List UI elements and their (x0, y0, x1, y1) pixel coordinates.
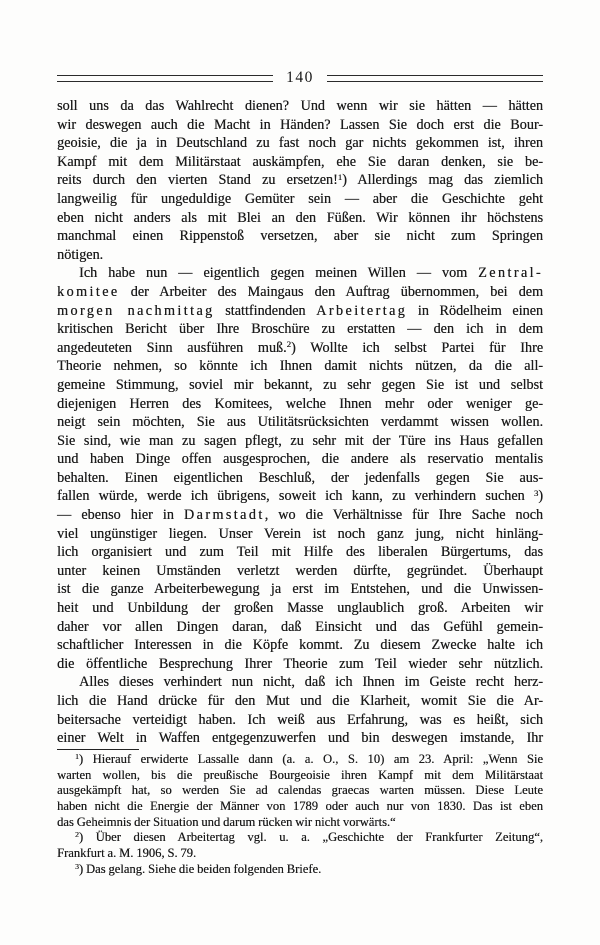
text-line: lich die Hand drücke für den Mut und die… (57, 692, 543, 711)
text-line: 1) Hierauf erwiderte Lassalle dann (a. a… (57, 752, 543, 768)
letterspaced-emphasis: komitee (57, 284, 120, 300)
text-line: die öffentliche Besprechung Ihrer Theori… (57, 655, 543, 674)
page-number: 140 (273, 70, 327, 86)
text-segment: Sie sind, wie man zu sagen pflegt, zu se… (57, 433, 543, 449)
scanned-book-page: 140 soll uns da das Wahlrecht dienen? Un… (0, 0, 600, 945)
text-segment: — ebenso hier in (57, 507, 184, 523)
text-segment: ) Allerdings mag das ziemlich (342, 172, 543, 188)
text-segment: kritischen Bericht über Ihre Broschüre z… (57, 321, 543, 337)
text-segment: Kampf mit dem Militärstaat auskämpfen, e… (57, 154, 543, 170)
letterspaced-emphasis: Darmstadt (184, 507, 265, 523)
text-segment: Theorie nehmen, so könnte ich Ihnen dami… (57, 358, 543, 374)
text-segment: neigt sein möchten, Sie aus Utilitätsrüc… (57, 414, 543, 430)
text-segment: Frankfurt a. M. 1906, S. 79. (57, 846, 196, 860)
text-line: heit und Unbildung der großen Masse ungl… (57, 599, 543, 618)
text-line: langweilig für ungeduldige Gemüter sein … (57, 190, 543, 209)
text-line: Alles dieses verhindert nun nicht, daß i… (57, 673, 543, 692)
text-line: 3) Das gelang. Siehe die beiden folgende… (57, 862, 543, 878)
footnote-marker: 3 (534, 488, 538, 498)
text-segment: langweilig für ungeduldige Gemüter sein … (57, 191, 543, 207)
text-line: komitee der Arbeiter des Maingaus den Au… (57, 283, 543, 302)
text-line: haben nicht die Energie der Männer von 1… (57, 799, 543, 815)
text-segment: , wo die Verhältnisse für Ihre Sache noc… (265, 507, 543, 523)
text-line: fallen würde, werde ich übrigens, soweit… (57, 487, 543, 506)
text-segment: der Arbeiter des Maingaus den Auftrag üb… (120, 284, 543, 300)
footnotes: 1) Hierauf erwiderte Lassalle dann (a. a… (57, 752, 543, 878)
text-line: kritischen Bericht über Ihre Broschüre z… (57, 320, 543, 339)
text-segment: einer Welt in Waffen entgegenzuwerfen un… (57, 730, 543, 746)
text-segment: geoisie, die ja in Deutschland zu fast n… (57, 135, 543, 151)
letterspaced-emphasis: Arbeitertag (316, 303, 407, 319)
text-segment: nötigen. (57, 247, 103, 263)
footnote-marker: 2 (287, 339, 291, 349)
footnote-marker: 2 (75, 830, 79, 839)
text-line: und haben Dinge offen ausgesprochen, die… (57, 450, 543, 469)
text-segment: stattfindenden (215, 303, 317, 319)
text-line: — ebenso hier in Darmstadt, wo die Verhä… (57, 506, 543, 525)
text-segment: behalten. Einen eigentlichen Beschluß, d… (57, 470, 543, 486)
text-segment: ist die ganze Arbeiterbewegung ja erst i… (57, 581, 543, 597)
footnote-marker: 3 (75, 862, 79, 871)
letterspaced-emphasis: morgen nachmittag (57, 303, 215, 319)
text-line: geoisie, die ja in Deutschland zu fast n… (57, 134, 543, 153)
text-line: warten wollen, bis die preußische Bourge… (57, 768, 543, 784)
text-line: einer Welt in Waffen entgegenzuwerfen un… (57, 729, 543, 748)
text-line: Kampf mit dem Militärstaat auskämpfen, e… (57, 153, 543, 172)
text-segment: ) (538, 488, 543, 504)
header-rule-right (327, 75, 543, 82)
text-line: beitersache verteidigt haben. Ich weiß a… (57, 711, 543, 730)
text-segment: Ich habe nun — eigentlich gegen meinen W… (79, 265, 478, 281)
text-segment: soll uns da das Wahlrecht dienen? Und we… (57, 98, 543, 114)
text-segment: viel ungünstiger liegen. Unser Verein is… (57, 526, 543, 542)
text-segment: ausgekämpft hat, so werden Sie ad calend… (57, 783, 543, 797)
text-line: ausgekämpft hat, so werden Sie ad calend… (57, 783, 543, 799)
text-segment: warten wollen, bis die preußische Bourge… (57, 768, 543, 782)
text-segment: unter keinen Umständen verletzt werden d… (57, 563, 543, 579)
text-segment: in Rödelheim einen (407, 303, 543, 319)
text-line: schaftlicher Interessen in die Köpfe kom… (57, 636, 543, 655)
text-line: ist die ganze Arbeiterbewegung ja erst i… (57, 580, 543, 599)
text-line: daher vor allen Dingen daran, daß Einsic… (57, 618, 543, 637)
text-segment: reits durch den vierten Stand zu ersetze… (57, 172, 338, 188)
letterspaced-emphasis: Zentral- (478, 265, 543, 281)
text-segment: manchmal einen Rippenstoß versetzen, abe… (57, 228, 543, 244)
text-line: angedeuteten Sinn ausführen muß.2) Wollt… (57, 339, 543, 358)
text-segment: das Geheimnis der Situation und darum rü… (57, 815, 396, 829)
text-segment: ) Hierauf erwiderte Lassalle dann (a. a.… (79, 752, 543, 766)
text-line: wir deswegen auch die Macht in Händen? L… (57, 116, 543, 135)
text-segment: ) Über diesen Arbeitertag vgl. u. a. „Ge… (79, 830, 543, 844)
text-line: Sie sind, wie man zu sagen pflegt, zu se… (57, 432, 543, 451)
text-segment: diejenigen Herren des Komitees, welche I… (57, 396, 543, 412)
footnote-marker: 1 (338, 172, 342, 182)
text-line: morgen nachmittag stattfindenden Arbeite… (57, 302, 543, 321)
text-segment: fallen würde, werde ich übrigens, soweit… (57, 488, 534, 504)
text-line: neigt sein möchten, Sie aus Utilitätsrüc… (57, 413, 543, 432)
text-segment: daher vor allen Dingen daran, daß Einsic… (57, 619, 543, 635)
text-line: diejenigen Herren des Komitees, welche I… (57, 395, 543, 414)
text-line: soll uns da das Wahlrecht dienen? Und we… (57, 97, 543, 116)
text-line: Frankfurt a. M. 1906, S. 79. (57, 846, 543, 862)
footnote-separator (57, 749, 139, 750)
text-segment: und haben Dinge offen ausgesprochen, die… (57, 451, 543, 467)
page-header: 140 (57, 71, 543, 87)
text-line: nötigen. (57, 246, 543, 265)
text-segment: haben nicht die Energie der Männer von 1… (57, 799, 543, 813)
footnote-marker: 1 (75, 752, 79, 761)
text-segment: lich die Hand drücke für den Mut und die… (57, 693, 543, 709)
text-segment: lich organisiert und zum Teil mit Hilfe … (57, 544, 543, 560)
header-rule-left (57, 75, 273, 82)
text-line: reits durch den vierten Stand zu ersetze… (57, 171, 543, 190)
text-line: manchmal einen Rippenstoß versetzen, abe… (57, 227, 543, 246)
text-segment: Alles dieses verhindert nun nicht, daß i… (79, 674, 543, 690)
text-segment: heit und Unbildung der großen Masse ungl… (57, 600, 543, 616)
text-segment: angedeuteten Sinn ausführen muß. (57, 340, 287, 356)
text-line: das Geheimnis der Situation und darum rü… (57, 815, 543, 831)
text-line: lich organisiert und zum Teil mit Hilfe … (57, 543, 543, 562)
text-line: gemeine Stimmung, soviel mir bekannt, zu… (57, 376, 543, 395)
text-segment: wir deswegen auch die Macht in Händen? L… (57, 117, 543, 133)
text-segment: gemeine Stimmung, soviel mir bekannt, zu… (57, 377, 543, 393)
text-segment: ) Das gelang. Siehe die beiden folgenden… (79, 862, 321, 876)
text-line: Theorie nehmen, so könnte ich Ihnen dami… (57, 357, 543, 376)
text-line: unter keinen Umständen verletzt werden d… (57, 562, 543, 581)
text-segment: die öffentliche Besprechung Ihrer Theori… (57, 656, 543, 672)
text-segment: beitersache verteidigt haben. Ich weiß a… (57, 712, 543, 728)
text-segment: ) Wollte ich selbst Partei für Ihre (291, 340, 543, 356)
text-line: eben nicht anders als mit Blei an den Fü… (57, 209, 543, 228)
body-text: soll uns da das Wahlrecht dienen? Und we… (57, 97, 543, 748)
text-line: viel ungünstiger liegen. Unser Verein is… (57, 525, 543, 544)
text-line: Ich habe nun — eigentlich gegen meinen W… (57, 264, 543, 283)
text-line: 2) Über diesen Arbeitertag vgl. u. a. „G… (57, 830, 543, 846)
text-line: behalten. Einen eigentlichen Beschluß, d… (57, 469, 543, 488)
text-segment: eben nicht anders als mit Blei an den Fü… (57, 210, 543, 226)
text-segment: schaftlicher Interessen in die Köpfe kom… (57, 637, 543, 653)
